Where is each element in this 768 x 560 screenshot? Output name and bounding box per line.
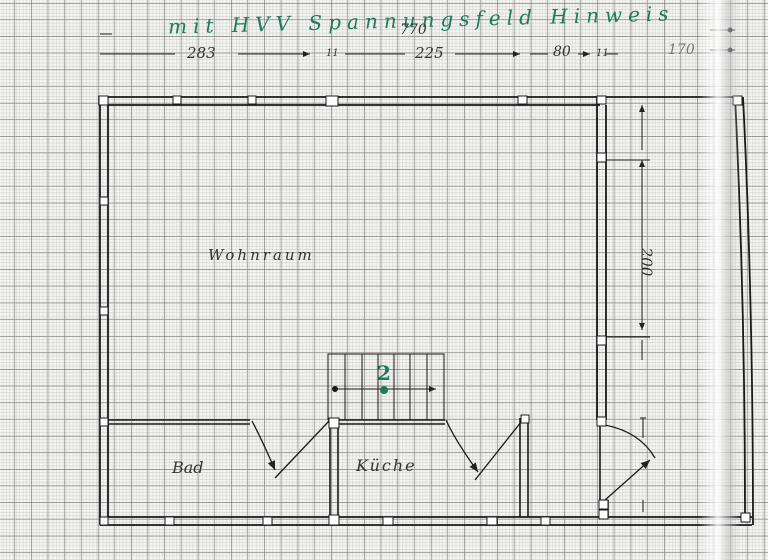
room-label-kueche: Küche [356, 456, 417, 475]
dimension-283: 283 [187, 44, 216, 62]
stair-marker-number: 2 [377, 361, 391, 385]
dimension-770: 770 [400, 22, 427, 38]
dimension-11-a: 11 [326, 48, 339, 59]
room-label-bad: Bad [172, 458, 204, 477]
dimension-80: 80 [553, 44, 571, 60]
dimension-11-b: 11 [596, 48, 609, 59]
dimension-170: 170 [668, 42, 695, 58]
stair-marker-dot [380, 386, 388, 394]
dimension-225: 225 [415, 44, 444, 62]
floor-plan-drawing [0, 0, 768, 560]
room-label-wohnraum: Wohnraum [208, 246, 315, 264]
grid-paper-major [0, 0, 768, 560]
dimension-200-vertical: 200 [637, 248, 655, 277]
stair-marker: 2 [377, 361, 391, 385]
